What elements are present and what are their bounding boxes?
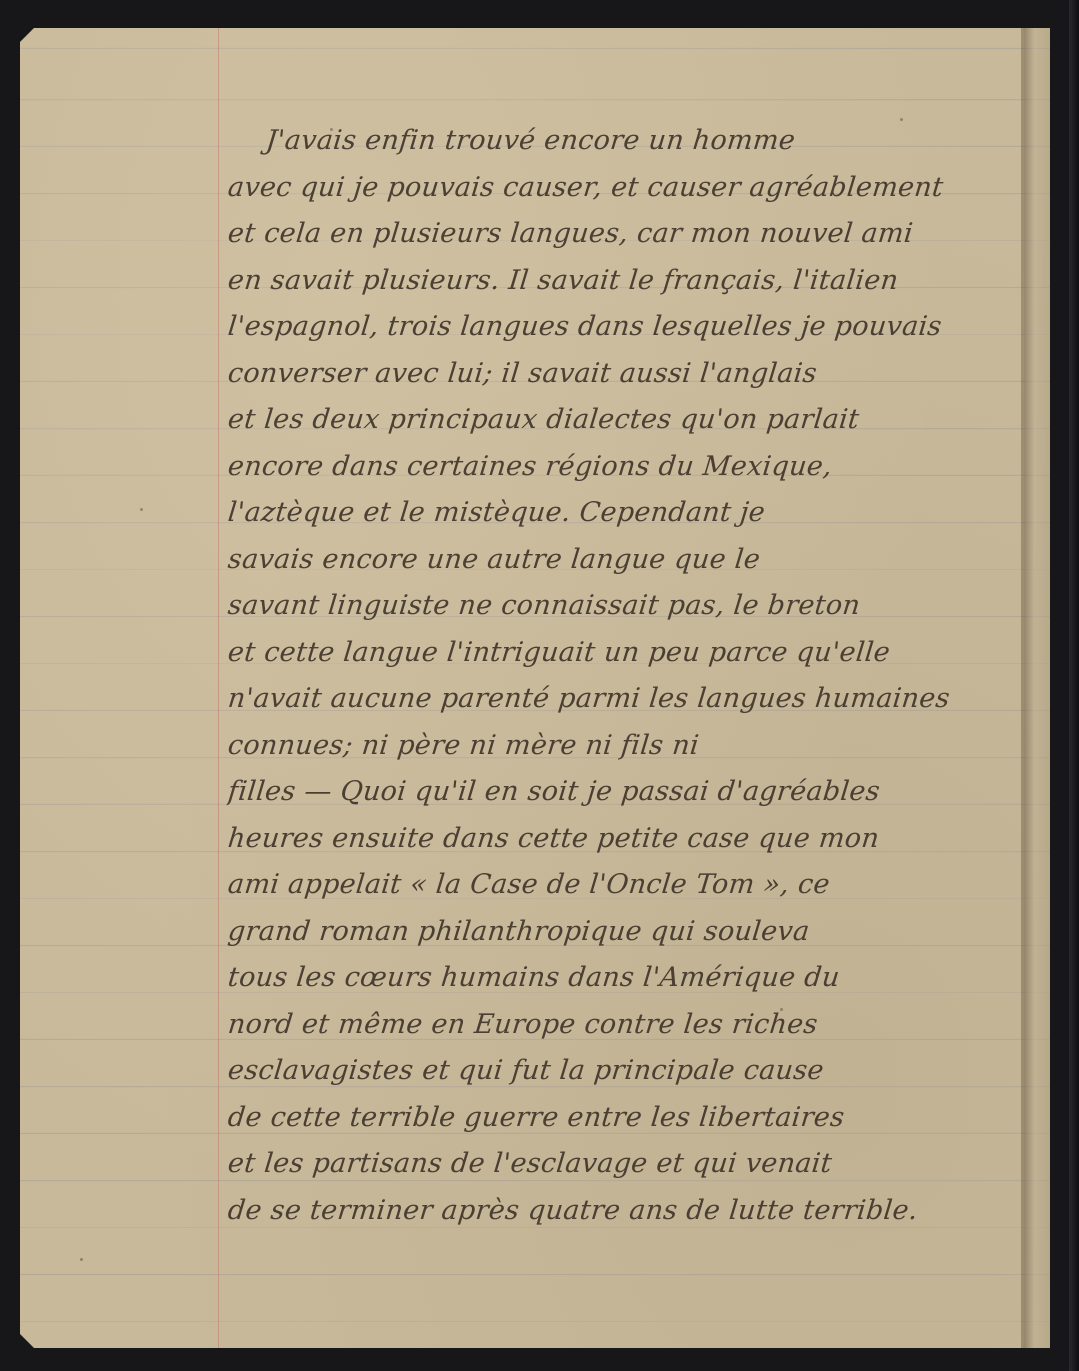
- red-margin-line: [218, 28, 219, 1348]
- text-line: et les deux principaux dialectes qu'on p…: [226, 397, 1041, 444]
- text-line: en savait plusieurs. Il savait le frança…: [226, 258, 1041, 305]
- text-line: de se terminer après quatre ans de lutte…: [226, 1188, 1041, 1235]
- text-line: ami appelait « la Case de l'Oncle Tom »,…: [226, 862, 1041, 909]
- paper-speck: [80, 1258, 83, 1261]
- text-line: J'avais enfin trouvé encore un homme: [226, 118, 1041, 165]
- text-line: filles — Quoi qu'il en soit je passai d'…: [226, 769, 1041, 816]
- text-line: savant linguiste ne connaissait pas, le …: [226, 583, 1041, 630]
- text-line: tous les cœurs humains dans l'Amérique d…: [226, 955, 1041, 1002]
- text-line: grand roman philanthropique qui souleva: [226, 909, 1041, 956]
- text-line: l'aztèque et le mistèque. Cependant je: [226, 490, 1041, 537]
- text-line: nord et même en Europe contre les riches: [226, 1002, 1041, 1049]
- text-line: avec qui je pouvais causer, et causer ag…: [226, 165, 1041, 212]
- text-line: connues; ni père ni mère ni fils ni: [226, 723, 1041, 770]
- text-line: encore dans certaines régions du Mexique…: [226, 444, 1041, 491]
- text-line: l'espagnol, trois langues dans lesquelle…: [226, 304, 1041, 351]
- text-line: n'avait aucune parenté parmi les langues…: [226, 676, 1041, 723]
- text-line: et cette langue l'intriguait un peu parc…: [226, 630, 1041, 677]
- text-line: de cette terrible guerre entre les liber…: [226, 1095, 1041, 1142]
- text-line: heures ensuite dans cette petite case qu…: [226, 816, 1041, 863]
- text-line: et cela en plusieurs langues, car mon no…: [226, 211, 1041, 258]
- text-line: esclavagistes et qui fut la principale c…: [226, 1048, 1041, 1095]
- text-line: savais encore une autre langue que le: [226, 537, 1041, 584]
- scanner-edge: [1069, 0, 1079, 1371]
- paper-speck: [140, 508, 143, 511]
- handwritten-text: J'avais enfin trouvé encore un homme ave…: [228, 118, 1038, 1234]
- scanned-page-frame: J'avais enfin trouvé encore un homme ave…: [0, 0, 1079, 1371]
- text-line: converser avec lui; il savait aussi l'an…: [226, 351, 1041, 398]
- text-line: et les partisans de l'esclavage et qui v…: [226, 1141, 1041, 1188]
